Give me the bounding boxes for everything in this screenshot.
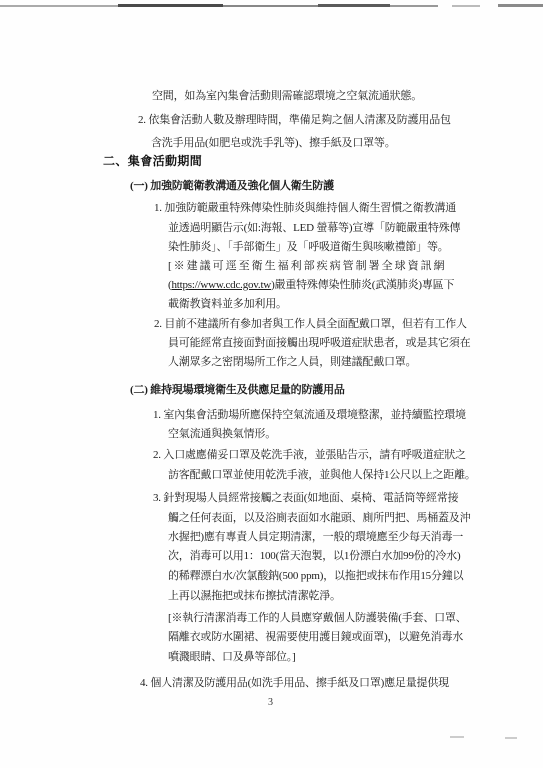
document-line: 上再以濕拖把或抹布擦拭清潔乾淨。 <box>168 588 341 604</box>
document-line: 並透過明顯告示(如:海報、LED 螢幕等)宣導「防範嚴重特殊傳 <box>168 220 460 236</box>
subsection-heading: (一) 加強防範衛教溝通及強化個人衛生防護 <box>130 178 334 194</box>
document-line: 觸之任何表面，以及浴廁表面如水龍頭、廁所門把、馬桶蓋及沖 <box>168 510 470 526</box>
document-line: 2. 依集會活動人數及辦理時間，準備足夠之個人清潔及防護用品包 <box>138 112 451 128</box>
scan-artifact-line <box>452 5 480 7</box>
url-line-tail: )嚴重特殊傳染性肺炎(武漢肺炎)專區下 <box>271 279 454 291</box>
scan-artifact-line <box>118 4 223 7</box>
section-heading: 二、集會活動期間 <box>103 153 202 169</box>
document-line: 1. 加強防範嚴重特殊傳染性肺炎與維持個人衛生習慣之衛教溝通 <box>154 200 456 216</box>
document-line-url: (https://www.cdc.gov.tw)嚴重特殊傳染性肺炎(武漢肺炎)專… <box>168 277 454 293</box>
scan-artifact-line <box>390 5 438 7</box>
subsection-heading: (二) 維持現場環境衛生及供應足量的防護用品 <box>130 382 345 398</box>
scan-artifact-line <box>318 4 390 7</box>
scan-artifact-line <box>0 5 118 7</box>
document-line: 次，消毒可以用1：100(當天泡製，以1份漂白水加99份的冷水) <box>168 548 460 564</box>
document-line: 的稀釋漂白水/次氯酸鈉(500 ppm)，以拖把或抹布作用15分鐘以 <box>168 568 463 584</box>
document-line-note: 噴濺眼睛、口及鼻等部位。] <box>168 649 296 665</box>
document-line: 員可能經常直接面對面接觸出現呼吸道症狀患者，或是其它須在 <box>168 335 470 351</box>
document-line: 1. 室內集會活動場所應保持空氣流通及環境整潔，並持續監控環境 <box>153 407 466 423</box>
document-line-note: [※建議可逕至衛生福利部疾病管制署全球資訊網 <box>168 258 447 274</box>
document-line: 訪客配戴口罩並使用乾洗手液，並與他人保持1公尺以上之距離。 <box>168 467 476 483</box>
document-line: 水握把)應有專責人員定期清潔，一般的環境應至少每天消毒一 <box>168 529 463 545</box>
document-line: 空氣流通與換氣情形。 <box>168 426 276 442</box>
document-line: 染性肺炎」、「手部衛生」及「呼吸道衛生與咳嗽禮節」等。 <box>168 239 449 255</box>
document-line: 含洗手用品(如肥皂或洗手乳等)、擦手紙及口罩等。 <box>151 135 396 151</box>
document-line: 2. 目前不建議所有參加者與工作人員全面配戴口罩，但若有工作人 <box>154 316 467 332</box>
page-number: 3 <box>268 697 273 708</box>
document-line: 人潮眾多之密閉場所工作之人員，則建議配戴口罩。 <box>168 354 416 370</box>
scan-artifact-speck <box>505 737 517 739</box>
document-line-note: [※執行清潔消毒工作的人員應穿戴個人防護裝備(手套、口罩、 <box>168 610 467 626</box>
scan-artifact-speck <box>450 736 464 738</box>
document-line: 2. 入口處應備妥口罩及乾洗手液，並張貼告示，請有呼吸道症狀之 <box>153 447 466 463</box>
scan-artifact-line <box>223 5 318 7</box>
document-line: 載衛教資料並多加利用。 <box>168 296 287 312</box>
document-line-note: 隔離衣或防水圍裙、視需要使用護目鏡或面罩)，以避免消毒水 <box>168 629 463 645</box>
document-line: 空間，如為室內集會活動則需確認環境之空氣流通狀態。 <box>152 88 422 104</box>
document-line: 3. 針對現場人員經常接觸之表面(如地面、桌椅、電話筒等經常接 <box>153 490 458 506</box>
cdc-url-text: https://www.cdc.gov.tw <box>171 279 271 291</box>
scan-artifact-line <box>498 4 543 7</box>
document-line: 4. 個人清潔及防護用品(如洗手用品、擦手紙及口罩)應足量提供現 <box>140 675 449 691</box>
scanned-document-page: 空間，如為室內集會活動則需確認環境之空氣流通狀態。 2. 依集會活動人數及辦理時… <box>0 0 543 768</box>
